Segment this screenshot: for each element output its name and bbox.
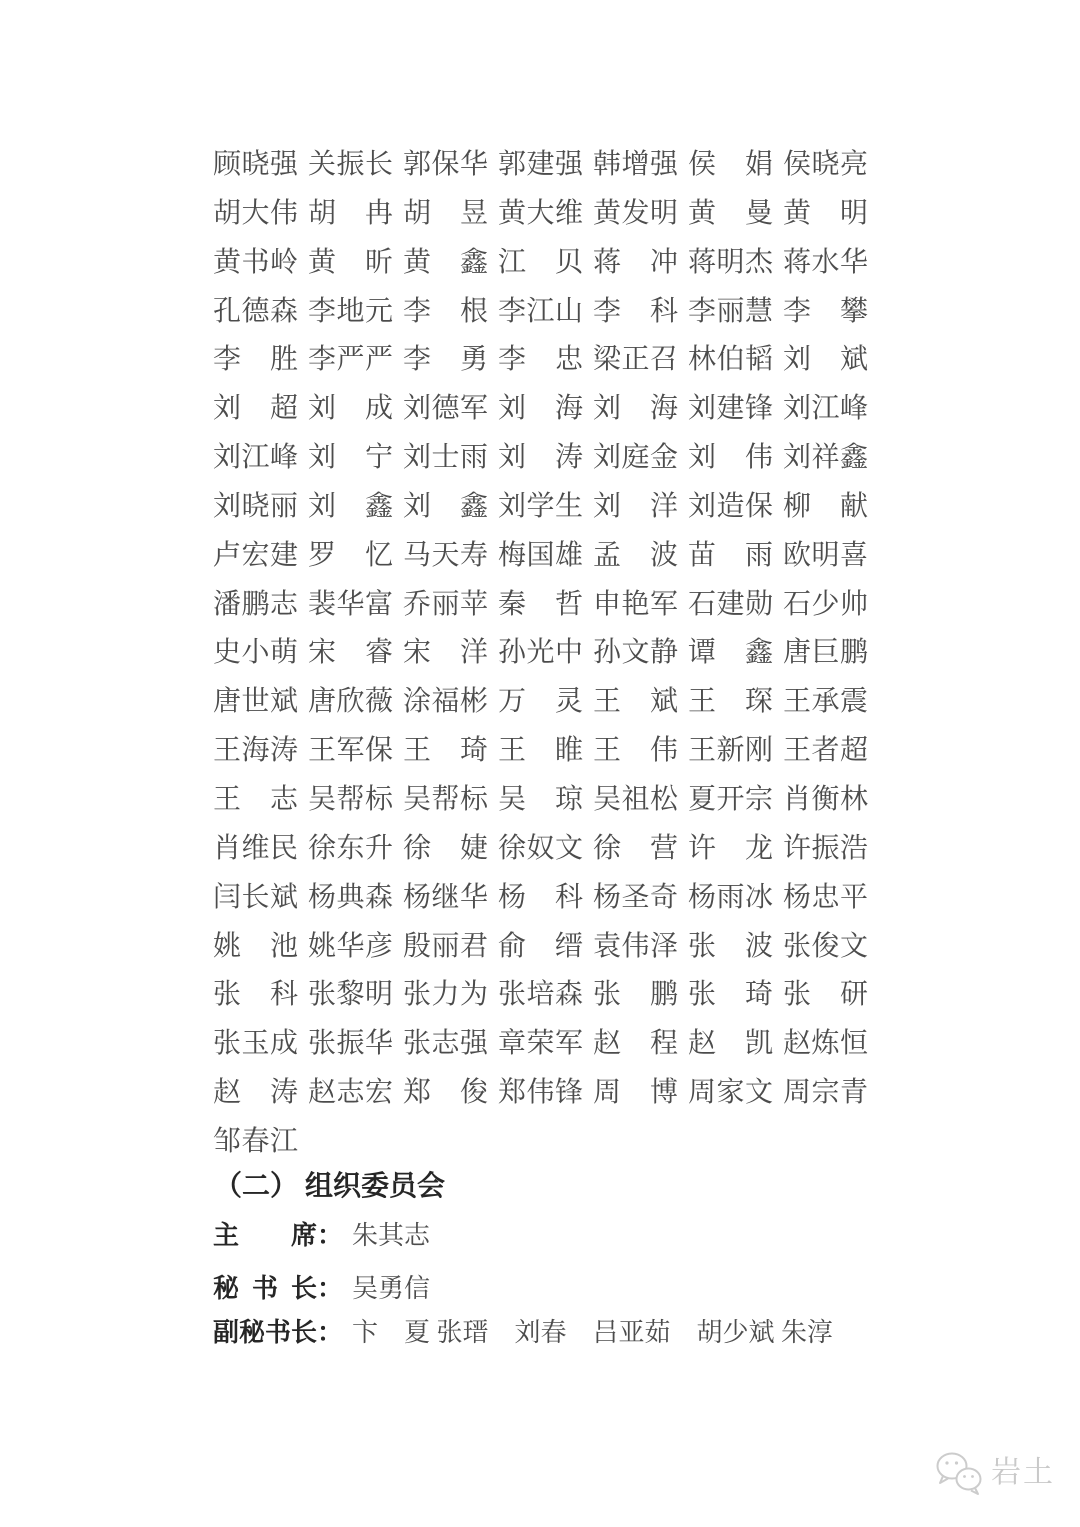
member-name: 徐东升 <box>308 834 393 883</box>
member-name: 韩增强 <box>593 150 678 199</box>
member-name: 邹春江 <box>213 1127 298 1176</box>
member-name: 刘 涛 <box>498 443 583 492</box>
member-name: 刘造保 <box>688 492 773 541</box>
member-name: 胡大伟 <box>213 199 298 248</box>
member-name: 夏开宗 <box>688 785 773 834</box>
member-name: 刘德军 <box>403 394 488 443</box>
member-name: 杨典森 <box>308 883 393 932</box>
member-name: 孟 波 <box>593 541 678 590</box>
member-name: 胡 冉 <box>308 199 393 248</box>
member-name: 俞 缙 <box>498 932 583 981</box>
member-name: 袁伟泽 <box>593 932 678 981</box>
member-name: 黄书岭 <box>213 248 298 297</box>
role-value-chairman: 朱其志 <box>352 1221 430 1250</box>
member-name: 吴帮标 <box>308 785 393 834</box>
member-name: 张 研 <box>783 980 868 1029</box>
member-name: 刘建锋 <box>688 394 773 443</box>
member-name: 李地元 <box>308 297 393 346</box>
member-name: 刘祥鑫 <box>783 443 868 492</box>
member-name: 张 科 <box>213 980 298 1029</box>
member-name: 吴 琼 <box>498 785 583 834</box>
member-name: 吴帮标 <box>403 785 488 834</box>
member-name: 黄大维 <box>498 199 583 248</box>
member-name: 刘 鑫 <box>308 492 393 541</box>
member-name: 肖衡林 <box>783 785 868 834</box>
member-name: 黄 明 <box>783 199 868 248</box>
member-name: 蒋明杰 <box>688 248 773 297</box>
member-name: 姚华彦 <box>308 932 393 981</box>
member-name: 关振长 <box>308 150 393 199</box>
member-name: 宋 睿 <box>308 638 393 687</box>
member-name: 郭保华 <box>403 150 488 199</box>
member-name: 顾晓强 <box>213 150 298 199</box>
member-name: 徐 营 <box>593 834 678 883</box>
member-name: 王承震 <box>783 687 868 736</box>
member-name: 刘 鑫 <box>403 492 488 541</box>
member-name: 孔德森 <box>213 297 298 346</box>
member-name: 张培森 <box>498 980 583 1029</box>
member-name: 刘 海 <box>593 394 678 443</box>
member-name: 万 灵 <box>498 687 583 736</box>
member-name: 王 琛 <box>688 687 773 736</box>
member-name: 黄发明 <box>593 199 678 248</box>
member-name: 张 波 <box>688 932 773 981</box>
member-name: 王者超 <box>783 736 868 785</box>
member-name: 徐 婕 <box>403 834 488 883</box>
member-name: 刘晓丽 <box>213 492 298 541</box>
member-name: 唐欣薇 <box>308 687 393 736</box>
member-name: 张黎明 <box>308 980 393 1029</box>
member-name: 刘庭金 <box>593 443 678 492</box>
member-name: 张 琦 <box>688 980 773 1029</box>
member-name: 林伯韬 <box>688 345 773 394</box>
role-colon: ： <box>317 1318 343 1347</box>
member-name: 刘 斌 <box>783 345 868 394</box>
member-name: 李 根 <box>403 297 488 346</box>
role-label-deputy-secretaries: 副秘书长 <box>213 1318 317 1348</box>
member-name: 刘江峰 <box>213 443 298 492</box>
role-colon: ： <box>317 1221 343 1250</box>
member-name: 乔丽苹 <box>403 590 488 639</box>
member-name: 周家文 <box>688 1078 773 1127</box>
member-name: 郑 俊 <box>403 1078 488 1127</box>
member-name: 唐巨鹏 <box>783 638 868 687</box>
member-name: 张俊文 <box>783 932 868 981</box>
member-name: 赵 程 <box>593 1029 678 1078</box>
member-name: 王 伟 <box>593 736 678 785</box>
role-line-secretary-general: 秘 书 长：吴勇信 <box>213 1274 430 1304</box>
member-name: 周 博 <box>593 1078 678 1127</box>
member-name: 杨 科 <box>498 883 583 932</box>
member-name: 刘 海 <box>498 394 583 443</box>
wechat-icon <box>933 1450 985 1496</box>
member-name: 李 攀 <box>783 297 868 346</box>
member-name: 张振华 <box>308 1029 393 1078</box>
member-name: 刘江峰 <box>783 394 868 443</box>
member-name: 唐世斌 <box>213 687 298 736</box>
member-name: 刘 宁 <box>308 443 393 492</box>
member-name: 秦 哲 <box>498 590 583 639</box>
member-name: 蒋 冲 <box>593 248 678 297</box>
member-name: 郭建强 <box>498 150 583 199</box>
member-name: 王海涛 <box>213 736 298 785</box>
member-name: 孙光中 <box>498 638 583 687</box>
member-name: 张玉成 <box>213 1029 298 1078</box>
member-name: 梅国雄 <box>498 541 583 590</box>
member-name: 赵 涛 <box>213 1078 298 1127</box>
member-name: 殷丽君 <box>403 932 488 981</box>
member-name: 裴华富 <box>308 590 393 639</box>
member-name: 胡 昱 <box>403 199 488 248</box>
section-heading-organization-committee: （二） 组织委员会 <box>214 1172 445 1202</box>
member-name: 张 鹏 <box>593 980 678 1029</box>
member-name: 梁正召 <box>593 345 678 394</box>
member-name: 侯晓亮 <box>783 150 868 199</box>
role-label-secretary-general: 秘 书 长 <box>213 1274 317 1304</box>
member-name: 石少帅 <box>783 590 868 639</box>
member-name: 姚 池 <box>213 932 298 981</box>
member-name: 黄 鑫 <box>403 248 488 297</box>
watermark: 岩土 <box>933 1450 1055 1496</box>
member-name: 张志强 <box>403 1029 488 1078</box>
document-page: 顾晓强关振长郭保华郭建强韩增强侯 娟侯晓亮胡大伟胡 冉胡 昱黄大维黄发明黄 曼黄… <box>0 0 1080 1527</box>
member-name: 侯 娟 <box>688 150 773 199</box>
member-name: 张力为 <box>403 980 488 1029</box>
member-name: 李 勇 <box>403 345 488 394</box>
member-name: 郑伟锋 <box>498 1078 583 1127</box>
member-name: 许振浩 <box>783 834 868 883</box>
member-name: 赵 凯 <box>688 1029 773 1078</box>
member-name: 肖维民 <box>213 834 298 883</box>
member-name: 赵志宏 <box>308 1078 393 1127</box>
member-name: 王 睢 <box>498 736 583 785</box>
member-name: 李丽慧 <box>688 297 773 346</box>
member-name: 刘 伟 <box>688 443 773 492</box>
member-name: 谭 鑫 <box>688 638 773 687</box>
member-name: 苗 雨 <box>688 541 773 590</box>
member-name: 涂福彬 <box>403 687 488 736</box>
member-name: 赵炼恒 <box>783 1029 868 1078</box>
member-name: 蒋水华 <box>783 248 868 297</box>
member-name: 江 贝 <box>498 248 583 297</box>
role-line-deputy-secretaries: 副秘书长：卞 夏 张瑨 刘春 吕亚茹 胡少斌 朱淳 <box>213 1318 833 1348</box>
member-name: 欧明喜 <box>783 541 868 590</box>
member-name: 石建勋 <box>688 590 773 639</box>
member-name: 史小萌 <box>213 638 298 687</box>
member-name: 刘士雨 <box>403 443 488 492</box>
member-name: 黄 曼 <box>688 199 773 248</box>
member-name: 杨忠平 <box>783 883 868 932</box>
member-name: 闫长斌 <box>213 883 298 932</box>
member-name: 徐奴文 <box>498 834 583 883</box>
member-name: 杨雨冰 <box>688 883 773 932</box>
member-name: 柳 献 <box>783 492 868 541</box>
member-name: 周宗青 <box>783 1078 868 1127</box>
role-value-secretary-general: 吴勇信 <box>352 1274 430 1303</box>
member-name: 许 龙 <box>688 834 773 883</box>
member-name: 卢宏建 <box>213 541 298 590</box>
member-name: 李 胜 <box>213 345 298 394</box>
member-name: 刘 洋 <box>593 492 678 541</box>
member-name: 李 科 <box>593 297 678 346</box>
member-name: 潘鹏志 <box>213 590 298 639</box>
member-name: 王 志 <box>213 785 298 834</box>
member-name: 孙文静 <box>593 638 678 687</box>
role-colon: ： <box>317 1274 343 1303</box>
member-name: 李严严 <box>308 345 393 394</box>
member-name: 王 斌 <box>593 687 678 736</box>
member-name: 王军保 <box>308 736 393 785</box>
member-name: 罗 忆 <box>308 541 393 590</box>
member-name: 黄 昕 <box>308 248 393 297</box>
member-name: 刘 超 <box>213 394 298 443</box>
member-name: 杨继华 <box>403 883 488 932</box>
member-name: 马天寿 <box>403 541 488 590</box>
role-line-chairman: 主 席：朱其志 <box>213 1221 430 1251</box>
member-name: 刘 成 <box>308 394 393 443</box>
member-name: 吴祖松 <box>593 785 678 834</box>
member-name: 王 琦 <box>403 736 488 785</box>
watermark-text: 岩土 <box>991 1450 1055 1496</box>
member-name: 李江山 <box>498 297 583 346</box>
member-name: 申艳军 <box>593 590 678 639</box>
member-name: 王新刚 <box>688 736 773 785</box>
member-name: 李 忠 <box>498 345 583 394</box>
member-name: 杨圣奇 <box>593 883 678 932</box>
member-name: 刘学生 <box>498 492 583 541</box>
role-label-chairman: 主 席 <box>213 1221 317 1251</box>
role-value-deputy-secretaries: 卞 夏 张瑨 刘春 吕亚茹 胡少斌 朱淳 <box>352 1318 833 1347</box>
member-name: 章荣军 <box>498 1029 583 1078</box>
member-name: 宋 洋 <box>403 638 488 687</box>
committee-member-list: 顾晓强关振长郭保华郭建强韩增强侯 娟侯晓亮胡大伟胡 冉胡 昱黄大维黄发明黄 曼黄… <box>213 150 878 1176</box>
